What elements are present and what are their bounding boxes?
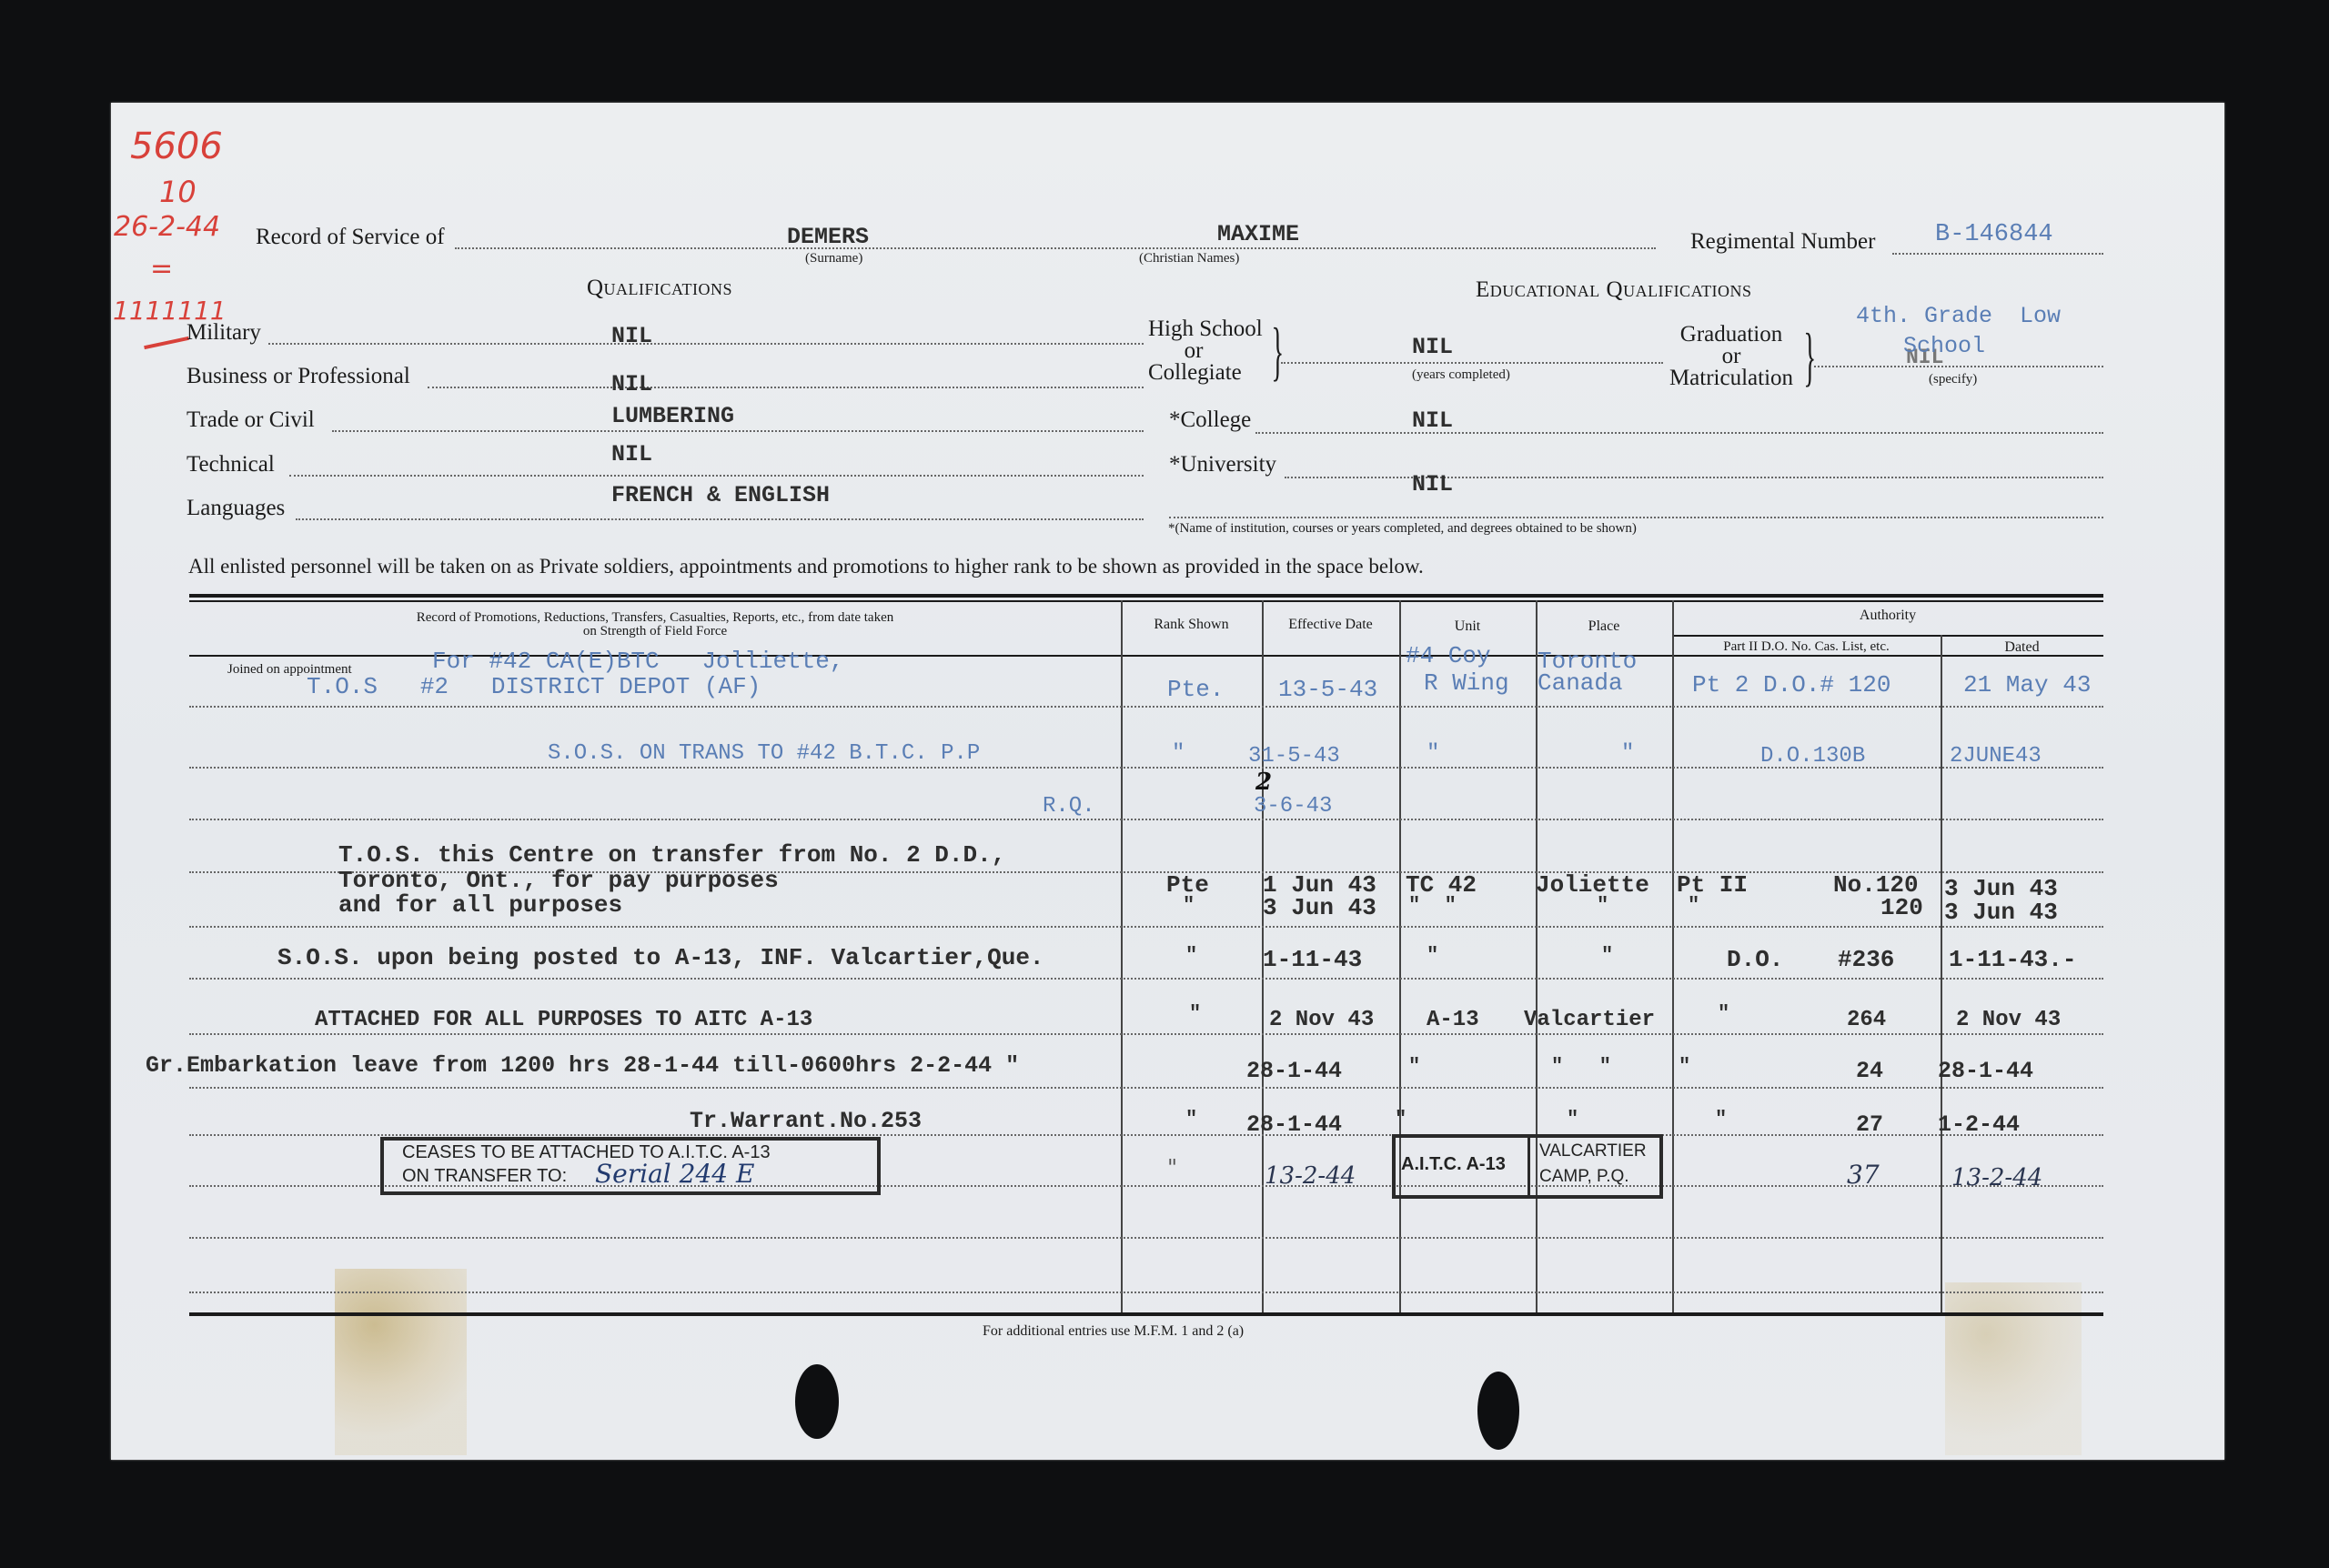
stamp-place-line-1: VALCARTIER bbox=[1539, 1141, 1647, 1161]
margin-note-1: 5606 bbox=[130, 126, 223, 167]
university-dotted-line-2 bbox=[1169, 517, 2103, 518]
trade-value: LUMBERING bbox=[611, 403, 734, 429]
row1-effective: 13-5-43 bbox=[1278, 676, 1377, 703]
header-dated: Dated bbox=[1941, 639, 2103, 656]
graduation-label: Graduation or Matriculation bbox=[1663, 324, 1800, 389]
punch-hole-right bbox=[1477, 1372, 1519, 1450]
margin-note-2: 10 bbox=[159, 175, 197, 209]
surname-value: DEMERS bbox=[787, 224, 869, 250]
educational-qualifications-title: Educational Qualifications bbox=[1476, 277, 1752, 303]
row6-rank: " bbox=[1189, 1002, 1201, 1025]
row4-effective-b: 3 Jun 43 bbox=[1263, 894, 1376, 921]
row1-record-a: For #42 CA(E)BTC Jolliette, bbox=[432, 648, 843, 675]
row2-rank: " bbox=[1172, 741, 1185, 766]
row3-effective-correction: 2 bbox=[1255, 769, 1272, 796]
record-of-service-label: Record of Service of bbox=[256, 225, 445, 250]
university-value: NIL bbox=[1412, 471, 1453, 498]
languages-label: Languages bbox=[187, 496, 285, 521]
christian-names-value: MAXIME bbox=[1217, 221, 1299, 247]
punch-hole-left bbox=[795, 1364, 839, 1439]
row6-unit: A-13 bbox=[1427, 1008, 1479, 1032]
business-dotted-line bbox=[428, 387, 1144, 388]
row9-effective: 13-2-44 bbox=[1265, 1162, 1356, 1190]
row1-rank: Pte. bbox=[1167, 676, 1224, 703]
graduation-value-overtyped-2: School bbox=[1903, 333, 1985, 359]
military-dotted-line bbox=[268, 343, 1144, 345]
row1-unit-b: R Wing bbox=[1424, 669, 1509, 697]
graduation-or: or bbox=[1663, 346, 1800, 367]
tape-stain-left bbox=[335, 1269, 467, 1455]
years-completed-caption: (years completed) bbox=[1412, 367, 1510, 383]
row6-place: Valcartier bbox=[1524, 1008, 1655, 1032]
regimental-number-label: Regimental Number bbox=[1690, 229, 1875, 255]
row5-part2: #236 bbox=[1838, 946, 1894, 973]
row4-place-a: Joliette bbox=[1536, 871, 1649, 899]
education-footnote: *(Name of institution, courses or years … bbox=[1168, 521, 1637, 537]
high-school-value: NIL bbox=[1412, 334, 1453, 360]
row4-place-b: " bbox=[1597, 894, 1608, 917]
row6-part2-prefix: " bbox=[1718, 1002, 1729, 1025]
row-line-1 bbox=[189, 706, 2103, 708]
row7-part2: 24 bbox=[1856, 1058, 1883, 1084]
stamp-transfer-handwritten: Serial 244 E bbox=[595, 1159, 754, 1189]
row4-part2-b: 120 bbox=[1880, 894, 1923, 921]
row-line-11 bbox=[189, 1237, 2103, 1239]
high-school-label: High School or Collegiate bbox=[1148, 318, 1239, 384]
row5-unit: " bbox=[1427, 944, 1438, 967]
collegiate-text: Collegiate bbox=[1148, 362, 1239, 384]
enlisted-notice: All enlisted personnel will be taken on … bbox=[188, 555, 1424, 578]
row7-effective: 28-1-44 bbox=[1246, 1058, 1342, 1084]
regimental-number-value: B-146844 bbox=[1935, 221, 2053, 248]
header-record: Record of Promotions, Reductions, Transf… bbox=[189, 611, 1121, 638]
col-divider-dated bbox=[1941, 635, 1942, 1312]
header-effective-date: Effective Date bbox=[1262, 617, 1399, 633]
brace-graduation: } bbox=[1803, 324, 1816, 389]
college-label: *College bbox=[1169, 407, 1251, 433]
row-line-5 bbox=[189, 926, 2103, 928]
authority-subheader-rule bbox=[1672, 635, 2103, 637]
row2-place: " bbox=[1621, 741, 1634, 766]
footer-note: For additional entries use M.F.M. 1 and … bbox=[983, 1323, 1244, 1340]
table-bottom-rule bbox=[189, 1312, 2103, 1316]
header-place: Place bbox=[1536, 618, 1672, 635]
row1-place-b: Canada bbox=[1538, 669, 1623, 697]
row7-dated: 28-1-44 bbox=[1938, 1058, 2033, 1084]
military-value: NIL bbox=[611, 323, 652, 349]
row6-dated: 2 Nov 43 bbox=[1956, 1008, 2061, 1032]
row1-record-b: T.O.S #2 DISTRICT DEPOT (AF) bbox=[307, 673, 761, 700]
row2-record: S.O.S. ON TRANS TO #42 B.T.C. P.P bbox=[548, 741, 980, 766]
margin-note-3: 26-2-44 bbox=[114, 211, 220, 243]
row2-unit: " bbox=[1427, 741, 1439, 766]
specify-caption: (specify) bbox=[1929, 372, 1977, 387]
header-rank-shown: Rank Shown bbox=[1121, 617, 1262, 633]
stamp-ceases-line-2: ON TRANSFER TO: bbox=[402, 1166, 567, 1187]
languages-value: FRENCH & ENGLISH bbox=[611, 482, 830, 508]
row8-rank: " bbox=[1185, 1108, 1197, 1131]
qualifications-title: Qualifications bbox=[587, 276, 732, 301]
row4-record-c: and for all purposes bbox=[338, 891, 622, 919]
row7-record: Gr.Embarkation leave from 1200 hrs 28-1-… bbox=[146, 1052, 1019, 1079]
header-unit: Unit bbox=[1399, 618, 1536, 635]
ceases-attached-stamp: CEASES TO BE ATTACHED TO A.I.T.C. A-13 O… bbox=[380, 1137, 881, 1195]
graduation-text: Graduation bbox=[1663, 324, 1800, 346]
languages-dotted-line bbox=[296, 518, 1144, 520]
brace-high-school: } bbox=[1271, 318, 1284, 384]
header-record-line-1: Record of Promotions, Reductions, Transf… bbox=[189, 611, 1121, 625]
row-line-3 bbox=[189, 819, 2103, 820]
business-value: NIL bbox=[611, 371, 652, 397]
row8-record: Tr.Warrant.No.253 bbox=[690, 1108, 922, 1134]
regimental-dotted-line bbox=[1892, 253, 2103, 255]
row8-dated: 1-2-44 bbox=[1938, 1111, 2020, 1138]
graduation-value-overtyped-1: 4th. Grade Low bbox=[1856, 303, 2061, 329]
technical-value: NIL bbox=[611, 441, 652, 467]
row3-effective: 3-6-43 bbox=[1254, 794, 1332, 819]
row8-part2: 27 bbox=[1856, 1111, 1883, 1138]
high-school-text: High School bbox=[1148, 318, 1239, 340]
name-dotted-line bbox=[455, 247, 1656, 249]
aitc-valcartier-stamp: A.I.T.C. A-13 VALCARTIER CAMP, P.Q. bbox=[1392, 1134, 1663, 1199]
stamp-place-line-2: CAMP, P.Q. bbox=[1539, 1167, 1629, 1187]
row1-dated: 21 May 43 bbox=[1963, 671, 2091, 699]
row-line-7 bbox=[189, 1033, 2103, 1035]
row7-unit: " bbox=[1408, 1055, 1420, 1078]
high-school-or: or bbox=[1148, 340, 1239, 362]
row-line-9 bbox=[189, 1134, 2103, 1136]
row7-place: " " bbox=[1551, 1055, 1611, 1078]
row4-record-b: Toronto, Ont., for pay purposes bbox=[338, 867, 779, 894]
row-line-6 bbox=[189, 978, 2103, 980]
row-line-8 bbox=[189, 1087, 2103, 1089]
row8-part2-prefix: " bbox=[1715, 1108, 1727, 1131]
row5-place: " bbox=[1601, 944, 1613, 967]
trade-label: Trade or Civil bbox=[187, 407, 315, 433]
row9-part2: 37 bbox=[1847, 1160, 1880, 1190]
row5-part2-prefix: D.O. bbox=[1727, 946, 1783, 973]
row9-dated: 13-2-44 bbox=[1951, 1164, 2042, 1191]
row-line-12 bbox=[189, 1292, 2103, 1293]
surname-caption: (Surname) bbox=[805, 251, 862, 266]
row5-dated: 1-11-43.- bbox=[1949, 946, 2076, 973]
christian-names-caption: (Christian Names) bbox=[1139, 251, 1239, 266]
row6-effective: 2 Nov 43 bbox=[1269, 1008, 1374, 1032]
row2-dated: 2JUNE43 bbox=[1950, 744, 2042, 769]
row8-effective: 28-1-44 bbox=[1246, 1111, 1342, 1138]
row6-record: ATTACHED FOR ALL PURPOSES TO AITC A-13 bbox=[315, 1008, 812, 1032]
row4-rank-b: " bbox=[1183, 894, 1195, 917]
row2-effective: 31-5-43 bbox=[1248, 744, 1340, 769]
tape-stain-right bbox=[1945, 1282, 2082, 1455]
row4-record-a: T.O.S. this Centre on transfer from No. … bbox=[338, 841, 1005, 869]
table-top-rule-2 bbox=[189, 600, 2103, 602]
high-school-dotted-line bbox=[1281, 362, 1663, 364]
row5-record: S.O.S. upon being posted to A-13, INF. V… bbox=[277, 944, 1044, 971]
stamp-divider bbox=[1527, 1138, 1530, 1195]
row1-part2: Pt 2 D.O.# 120 bbox=[1692, 671, 1890, 699]
table-top-rule bbox=[189, 594, 2103, 598]
row4-part2-prefix-b: " bbox=[1688, 894, 1699, 917]
row1-unit-a: #4 Coy bbox=[1406, 642, 1491, 669]
row3-record: R.Q. bbox=[1043, 794, 1095, 819]
business-label: Business or Professional bbox=[187, 364, 410, 389]
row2-part2: D.O.130B bbox=[1760, 744, 1865, 769]
trade-dotted-line bbox=[332, 430, 1144, 432]
margin-note-4: = bbox=[150, 253, 173, 285]
technical-label: Technical bbox=[187, 452, 275, 477]
university-dotted-line bbox=[1285, 477, 2103, 478]
military-label: Military bbox=[187, 320, 261, 346]
matriculation-text: Matriculation bbox=[1663, 367, 1800, 389]
row8-place: " bbox=[1567, 1108, 1578, 1131]
row5-rank: " bbox=[1185, 944, 1197, 967]
college-value: NIL bbox=[1412, 407, 1453, 434]
technical-dotted-line bbox=[289, 475, 1144, 477]
row8-unit: " bbox=[1395, 1108, 1406, 1131]
row9-rank: " bbox=[1167, 1155, 1177, 1181]
header-authority: Authority bbox=[1672, 608, 2103, 624]
graduation-dotted-line bbox=[1814, 366, 2103, 367]
row4-dated-b: 3 Jun 43 bbox=[1944, 899, 2058, 926]
header-part2: Part II D.O. No. Cas. List, etc. bbox=[1672, 639, 1941, 655]
row4-unit-b: " " bbox=[1408, 894, 1457, 917]
stamp-unit: A.I.T.C. A-13 bbox=[1401, 1154, 1506, 1175]
university-label: *University bbox=[1169, 452, 1276, 477]
college-dotted-line bbox=[1255, 432, 2103, 434]
row5-effective: 1-11-43 bbox=[1263, 946, 1362, 973]
row7-part2-prefix: " bbox=[1679, 1055, 1690, 1078]
header-record-line-2: on Strength of Field Force bbox=[189, 625, 1121, 638]
row6-part2: 264 bbox=[1847, 1008, 1886, 1032]
